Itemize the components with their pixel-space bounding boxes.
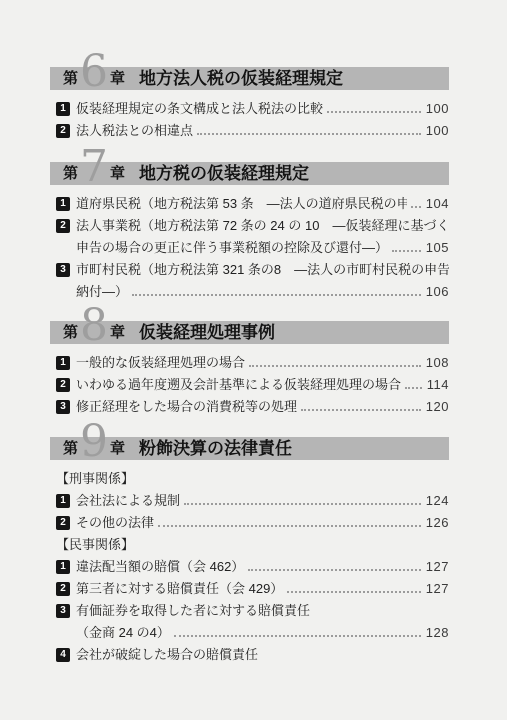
dotted-leader	[405, 387, 422, 389]
chapter-8-entries: 1 一般的な仮装経理処理の場合 108 2 いわゆる過年度遡及会計基準による仮装…	[50, 352, 449, 418]
item-number-badge: 2	[56, 219, 70, 233]
item-number-badge: 1	[56, 356, 70, 370]
item-number-badge: 2	[56, 378, 70, 392]
toc-entry-title: 会社が破綻した場合の賠償責任	[76, 644, 258, 666]
section-label-row: 【民事関係】	[50, 534, 449, 556]
toc-entry-title: 申告の場合の更正に伴う事業税額の控除及び還付―）	[76, 237, 388, 259]
dotted-leader	[249, 365, 421, 367]
page-number: 100	[426, 120, 449, 142]
item-number-badge: 4	[56, 648, 70, 662]
dotted-leader	[301, 409, 421, 411]
toc-entry: 1 会社法による規制 124	[50, 490, 449, 512]
dotted-leader	[392, 250, 421, 252]
dotted-leader	[248, 569, 420, 571]
dotted-leader	[287, 591, 420, 593]
page-number: 114	[427, 374, 449, 396]
toc-entry-title: 法人事業税（地方税法第 72 条の 24 の 10 ―仮装経理に基づく過大	[76, 215, 449, 237]
section-label: 【民事関係】	[56, 534, 134, 556]
dotted-leader	[132, 294, 421, 296]
toc-entry-title: 道府県民税（地方税法第 53 条 ―法人の道府県民税の申告納付―）	[76, 193, 407, 215]
toc-entry: 4 会社が破綻した場合の賠償責任	[50, 644, 449, 666]
page-number: 100	[426, 98, 449, 120]
chapter-suffix: 章	[110, 67, 125, 90]
toc-entry: 1 仮装経理規定の条文構成と法人税法の比較 100	[50, 98, 449, 120]
dotted-leader	[158, 525, 421, 527]
toc-entry-title: その他の法律	[76, 512, 154, 534]
toc-entry: 2 第三者に対する賠償責任（会 429） 127	[50, 578, 449, 600]
page-number: 124	[426, 490, 449, 512]
chapter-prefix: 第	[63, 321, 78, 344]
chapter-prefix: 第	[63, 67, 78, 90]
toc-entry: 3 有価証券を取得した者に対する賠償責任	[50, 600, 449, 622]
page-number: 126	[426, 512, 449, 534]
page-number: 128	[426, 622, 449, 644]
dotted-leader	[327, 111, 421, 113]
toc-entry-title: 会社法による規制	[76, 490, 180, 512]
chapter-number: 6	[80, 60, 108, 83]
dotted-leader	[174, 635, 421, 637]
toc-entry-title: （金商 24 の4）	[76, 622, 170, 644]
toc-entry: 2 法人事業税（地方税法第 72 条の 24 の 10 ―仮装経理に基づく過大	[50, 215, 449, 237]
page-number: 106	[426, 281, 449, 303]
chapter-title: 粉飾決算の法律責任	[139, 437, 292, 460]
item-number-badge: 2	[56, 124, 70, 138]
chapter-number: 7	[80, 155, 108, 178]
toc-entry-title: いわゆる過年度遡及会計基準による仮装経理処理の場合	[76, 374, 401, 396]
chapter-title: 地方法人税の仮装経理規定	[139, 67, 343, 90]
chapter-prefix: 第	[63, 437, 78, 460]
item-number-badge: 1	[56, 494, 70, 508]
toc-entry-title: 仮装経理規定の条文構成と法人税法の比較	[76, 98, 323, 120]
toc-entry-title: 市町村民税（地方税法第 321 条の8 ―法人の市町村民税の申告	[76, 259, 449, 281]
section-label-row: 【刑事関係】	[50, 468, 449, 490]
item-number-badge: 1	[56, 197, 70, 211]
item-number-badge: 1	[56, 560, 70, 574]
chapter-suffix: 章	[110, 162, 125, 185]
page-number: 105	[426, 237, 449, 259]
chapter-9-heading: 第 9 章 粉飾決算の法律責任	[50, 437, 449, 460]
toc-entry-continuation: 納付―） 106	[50, 281, 449, 303]
page-number: 127	[426, 578, 449, 600]
toc-entry-continuation: 申告の場合の更正に伴う事業税額の控除及び還付―） 105	[50, 237, 449, 259]
chapter-6-entries: 1 仮装経理規定の条文構成と法人税法の比較 100 2 法人税法との相違点 10…	[50, 98, 449, 142]
toc-entry: 2 いわゆる過年度遡及会計基準による仮装経理処理の場合 114	[50, 374, 449, 396]
toc-entry: 1 一般的な仮装経理処理の場合 108	[50, 352, 449, 374]
chapter-7-section: 第 7 章 地方税の仮装経理規定 1 道府県民税（地方税法第 53 条 ―法人の…	[50, 162, 449, 303]
page-number: 104	[426, 193, 449, 215]
toc-page: 第 6 章 地方法人税の仮装経理規定 1 仮装経理規定の条文構成と法人税法の比較…	[50, 67, 449, 666]
chapter-8-section: 第 8 章 仮装経理処理事例 1 一般的な仮装経理処理の場合 108 2 いわゆ…	[50, 321, 449, 418]
toc-entry: 2 その他の法律 126	[50, 512, 449, 534]
item-number-badge: 2	[56, 582, 70, 596]
toc-entry-title: 違法配当額の賠償（会 462）	[76, 556, 244, 578]
toc-entry: 3 市町村民税（地方税法第 321 条の8 ―法人の市町村民税の申告	[50, 259, 449, 281]
toc-entry: 3 修正経理をした場合の消費税等の処理 120	[50, 396, 449, 418]
toc-entry-continuation: （金商 24 の4） 128	[50, 622, 449, 644]
toc-entry: 2 法人税法との相違点 100	[50, 120, 449, 142]
toc-entry-title: 一般的な仮装経理処理の場合	[76, 352, 245, 374]
toc-entry: 1 違法配当額の賠償（会 462） 127	[50, 556, 449, 578]
chapter-title: 仮装経理処理事例	[139, 321, 275, 344]
chapter-9-entries: 【刑事関係】 1 会社法による規制 124 2 その他の法律 126 【民事関係…	[50, 468, 449, 666]
item-number-badge: 1	[56, 102, 70, 116]
dotted-leader	[184, 503, 421, 505]
toc-entry-title: 有価証券を取得した者に対する賠償責任	[76, 600, 310, 622]
chapter-suffix: 章	[110, 321, 125, 344]
dotted-leader	[197, 133, 421, 135]
toc-entry-title: 第三者に対する賠償責任（会 429）	[76, 578, 283, 600]
chapter-7-entries: 1 道府県民税（地方税法第 53 条 ―法人の道府県民税の申告納付―） 104 …	[50, 193, 449, 303]
chapter-number: 9	[80, 430, 108, 453]
chapter-7-heading: 第 7 章 地方税の仮装経理規定	[50, 162, 449, 185]
chapter-number: 8	[80, 314, 108, 337]
item-number-badge: 2	[56, 516, 70, 530]
item-number-badge: 3	[56, 263, 70, 277]
chapter-prefix: 第	[63, 162, 78, 185]
item-number-badge: 3	[56, 604, 70, 618]
toc-entry-title: 修正経理をした場合の消費税等の処理	[76, 396, 297, 418]
chapter-title: 地方税の仮装経理規定	[139, 162, 309, 185]
chapter-suffix: 章	[110, 437, 125, 460]
chapter-6-section: 第 6 章 地方法人税の仮装経理規定 1 仮装経理規定の条文構成と法人税法の比較…	[50, 67, 449, 142]
toc-entry-title: 法人税法との相違点	[76, 120, 193, 142]
dotted-leader	[411, 206, 421, 208]
chapter-6-heading: 第 6 章 地方法人税の仮装経理規定	[50, 67, 449, 90]
item-number-badge: 3	[56, 400, 70, 414]
page-number: 108	[426, 352, 449, 374]
page-number: 127	[426, 556, 449, 578]
section-label: 【刑事関係】	[56, 468, 134, 490]
chapter-9-section: 第 9 章 粉飾決算の法律責任 【刑事関係】 1 会社法による規制 124 2 …	[50, 437, 449, 666]
toc-entry: 1 道府県民税（地方税法第 53 条 ―法人の道府県民税の申告納付―） 104	[50, 193, 449, 215]
page-number: 120	[426, 396, 449, 418]
chapter-8-heading: 第 8 章 仮装経理処理事例	[50, 321, 449, 344]
